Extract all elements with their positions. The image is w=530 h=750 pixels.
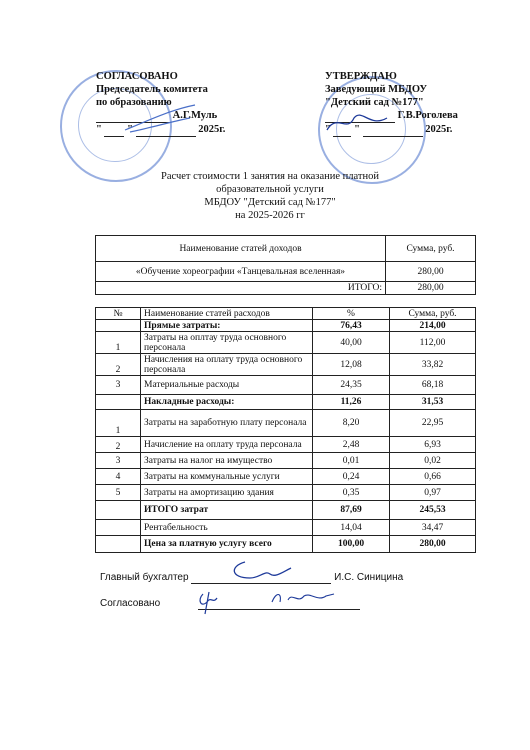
expense-header-sum: Сумма, руб. [390,308,476,320]
approval-right-heading: УТВЕРЖДАЮ [325,70,458,83]
date-quote-open: " [96,124,102,135]
row-pct: 0,24 [313,469,390,485]
row-sum: 33,82 [390,354,476,376]
row-num [96,501,141,520]
row-pct: 11,26 [313,395,390,410]
approval-right-line1: Заведующий МБДОУ [325,83,458,96]
title-line2: образовательной услуги [120,183,420,196]
title-line3: МБДОУ "Детский сад №177" [120,196,420,209]
row-pct: 76,43 [313,320,390,332]
row-num: 3 [96,376,141,395]
title-line1: Расчет стоимости 1 занятия на оказание п… [120,170,420,183]
row-num: 2 [96,437,141,453]
row-pct: 12,08 [313,354,390,376]
row-num [96,395,141,410]
row-pct: 0,35 [313,485,390,501]
row-name: Затраты на оплтау труда основного персон… [141,332,313,354]
row-num: 3 [96,453,141,469]
title-line4: на 2025-2026 гг [120,209,420,222]
approval-right-signer: Г.В.Роголева [398,110,458,121]
row-sum: 31,53 [390,395,476,410]
income-header-sum: Сумма, руб. [386,236,476,262]
row-name: Прямые затраты: [141,320,313,332]
table-row: 4Затраты на коммунальные услуги0,240,66 [96,469,476,485]
row-name: Накладные расходы: [141,395,313,410]
row-name: Начисления на оплату труда основного пер… [141,354,313,376]
table-row: 3Затраты на налог на имущество0,010,02 [96,453,476,469]
row-name: Затраты на амортизацию здания [141,485,313,501]
income-total-label: ИТОГО: [96,282,386,295]
table-row: Прямые затраты:76,43214,00 [96,320,476,332]
agreed-signature-1 [195,588,225,616]
row-num: 2 [96,354,141,376]
agreed-signature-2 [268,588,338,610]
row-num: 1 [96,410,141,437]
table-row: Накладные расходы:11,2631,53 [96,395,476,410]
approval-right-year: 2025г. [425,124,452,135]
row-sum: 0,97 [390,485,476,501]
table-row: Рентабельность14,0434,47 [96,520,476,536]
accountant-name: И.С. Синицина [334,572,403,583]
row-num [96,536,141,553]
row-name: Затраты на коммунальные услуги [141,469,313,485]
income-table: Наименование статей доходов Сумма, руб. … [95,235,476,295]
table-row: Цена за платную услугу всего100,00280,00 [96,536,476,553]
income-total-sum: 280,00 [386,282,476,295]
accountant-label: Главный бухгалтер [100,572,189,583]
row-name: Затраты на налог на имущество [141,453,313,469]
table-row: 1Затраты на заработную плату персонала8,… [96,410,476,437]
agreed-label: Согласовано [100,598,160,609]
row-name: Материальные расходы [141,376,313,395]
accountant-signature [225,558,295,584]
table-row: 2Начисление на оплату труда персонала2,4… [96,437,476,453]
table-row: 5Затраты на амортизацию здания0,350,97 [96,485,476,501]
row-sum: 22,95 [390,410,476,437]
income-row-sum: 280,00 [386,262,476,282]
row-sum: 112,00 [390,332,476,354]
row-pct: 40,00 [313,332,390,354]
row-sum: 0,66 [390,469,476,485]
signature-scribble-left [120,100,200,140]
row-sum: 6,93 [390,437,476,453]
row-name: Рентабельность [141,520,313,536]
row-sum: 280,00 [390,536,476,553]
expense-header-pct: % [313,308,390,320]
row-pct: 100,00 [313,536,390,553]
row-num [96,520,141,536]
row-name: ИТОГО затрат [141,501,313,520]
row-name: Затраты на заработную плату персонала [141,410,313,437]
signature-scribble-right [322,108,392,138]
row-pct: 2,48 [313,437,390,453]
table-row: 1Затраты на оплтау труда основного персо… [96,332,476,354]
income-header-name: Наименование статей доходов [96,236,386,262]
row-sum: 68,18 [390,376,476,395]
approval-left-year: 2025г. [198,124,225,135]
row-name: Начисление на оплату труда персонала [141,437,313,453]
table-row: 3Материальные расходы24,3568,18 [96,376,476,395]
expense-table: № Наименование статей расходов % Сумма, … [95,307,476,553]
approval-left-line1: Председатель комитета [96,83,225,96]
row-num: 5 [96,485,141,501]
row-sum: 214,00 [390,320,476,332]
expense-header-name: Наименование статей расходов [141,308,313,320]
row-sum: 245,53 [390,501,476,520]
table-row: ИТОГО затрат87,69245,53 [96,501,476,520]
row-pct: 24,35 [313,376,390,395]
row-pct: 8,20 [313,410,390,437]
row-num: 4 [96,469,141,485]
expense-header-num: № [96,308,141,320]
table-row: 2Начисления на оплату труда основного пе… [96,354,476,376]
row-pct: 14,04 [313,520,390,536]
income-row-name: «Обучение хореографии «Танцевальная всел… [96,262,386,282]
approval-left-heading: СОГЛАСОВАНО [96,70,225,83]
row-sum: 0,02 [390,453,476,469]
row-name: Цена за платную услугу всего [141,536,313,553]
row-num: 1 [96,332,141,354]
row-num [96,320,141,332]
row-pct: 87,69 [313,501,390,520]
row-pct: 0,01 [313,453,390,469]
row-sum: 34,47 [390,520,476,536]
document-title: Расчет стоимости 1 занятия на оказание п… [120,170,420,222]
